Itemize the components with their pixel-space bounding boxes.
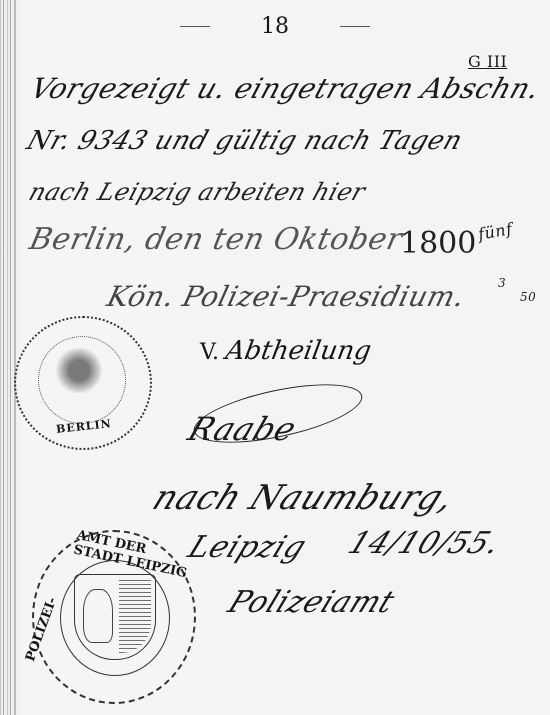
entry-line-2: Nr. 9343 und gültig nach Tagen [23, 126, 466, 156]
page-number: 18 [261, 14, 289, 39]
corner-note: G III [468, 52, 507, 71]
entry-line-1: Vorgezeigt u. eingetragen Abschn. [27, 72, 545, 105]
header-dash-right [340, 26, 370, 27]
official-signature: Raabe [183, 410, 302, 448]
endorsement-line-1: nach Naumburg, [147, 478, 461, 518]
leipzig-police-stamp: AMT DER STADT LEIPZIG POLIZEI- [32, 530, 196, 704]
stamp-eagle-emblem [54, 348, 104, 393]
entry-line-3: nach Leipzig arbeiten hier [25, 178, 369, 206]
margin-note-number-1: 3 [498, 276, 506, 290]
department-line: V. Abtheilung [200, 336, 371, 366]
stripes-icon [119, 577, 151, 653]
authority-line: Kön. Polizei-Praesidium. [104, 280, 468, 313]
berlin-police-stamp: BERLIN [14, 316, 152, 450]
page-binding-line [14, 0, 16, 715]
department-numeral: V. [200, 340, 219, 365]
department-word: Abtheilung [223, 336, 373, 366]
header-dash-left [180, 26, 210, 27]
page-header: 18 [0, 14, 550, 39]
place-date-line: Berlin, den ten Oktober [26, 222, 405, 257]
endorsement-place: Leipzig [183, 530, 312, 565]
endorsement-authority: Polizeiamt [223, 585, 400, 620]
lion-icon [83, 589, 113, 643]
leipzig-coat-of-arms-icon [74, 574, 156, 660]
margin-note-number-2: 50 [520, 290, 536, 304]
page-binding-edge [0, 0, 14, 715]
printed-year: 1800 [400, 226, 476, 261]
endorsement-date: 14/10/55. [343, 526, 506, 561]
